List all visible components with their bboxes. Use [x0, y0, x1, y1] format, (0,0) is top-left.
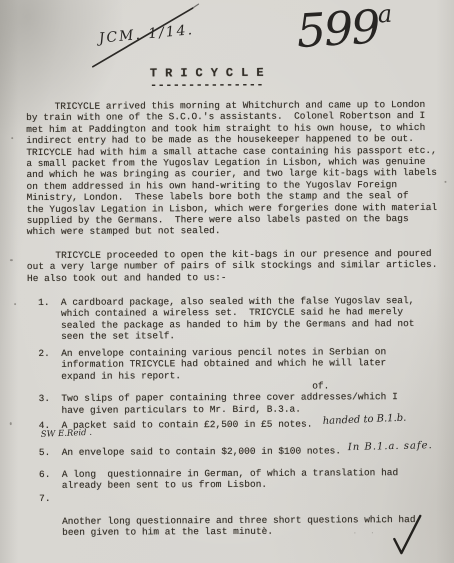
handwritten-initials-note: JCM. 1/14. [98, 22, 195, 47]
scan-speck [444, 181, 446, 183]
list-item-6: 6. A long questionnaire in German, of wh… [39, 467, 398, 492]
handwritten-safe-note: In B.1.a. safe. [348, 440, 433, 453]
title-underline: --------------- [150, 78, 264, 93]
document-content: JCM. 1/14. 599a T R I C Y C L E --------… [0, 0, 454, 563]
paragraph-arrival: TRICYCLE arrived this morning at Whitchu… [26, 99, 437, 238]
handwritten-docket-number: 599a [295, 0, 394, 58]
scan-speck [14, 303, 16, 305]
list-item-2: 2. An envelope containing various pencil… [38, 346, 386, 382]
list-item-1: 1. A cardboard package, also sealed with… [38, 295, 414, 343]
faint-margin-dots: · · [353, 527, 380, 537]
list-item-3: of. 3. Two slips of paper containing thr… [39, 380, 398, 416]
scanned-document-page: JCM. 1/14. 599a T R I C Y C L E --------… [0, 0, 454, 563]
scan-speck [11, 137, 13, 139]
scan-speck [10, 422, 12, 425]
handwritten-handed-note: handed to B.1.b. [323, 413, 407, 427]
scan-speck [10, 259, 13, 261]
handwritten-reid-note: SW E.Reid . [41, 428, 93, 440]
docket-number-text: 599 [295, 0, 380, 58]
docket-number-suffix: a [377, 0, 393, 28]
paragraph-kitbags: TRICYCLE proceeded to open the kit-bags … [27, 248, 438, 284]
list-item-5: 5. An envelope said to contain $2,000 in… [39, 445, 341, 458]
